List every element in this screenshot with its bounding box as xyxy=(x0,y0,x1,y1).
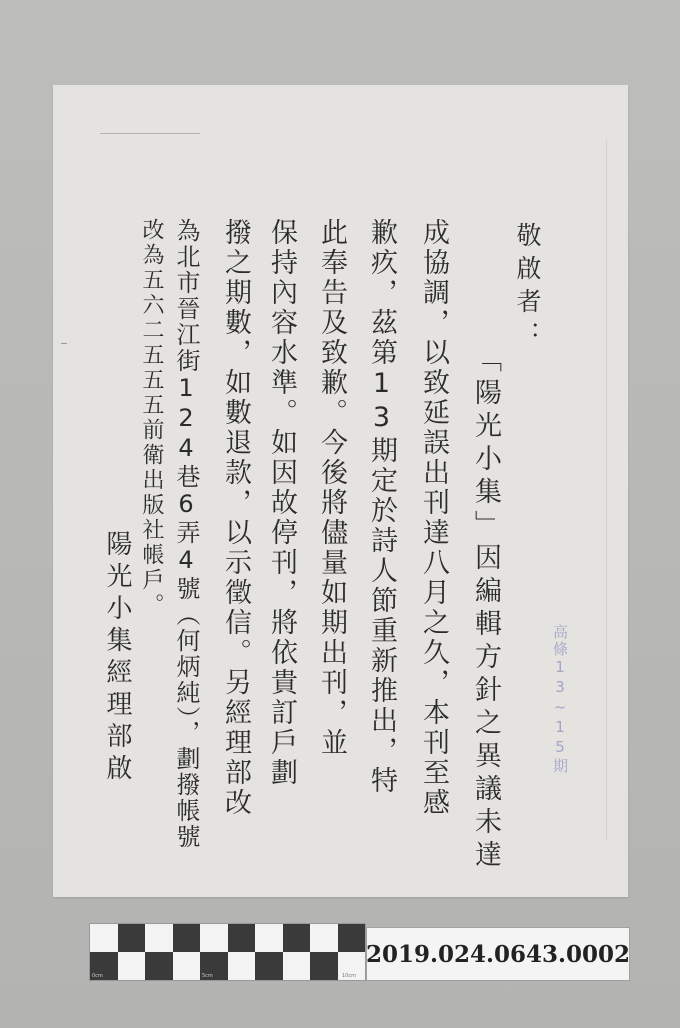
paper-fold-line xyxy=(100,133,200,134)
letter-line-7: 為北市晉江街124巷6弄4號（何炳純），劃撥帳號 xyxy=(174,218,198,850)
letter-signature: 陽光小集經理部啟 xyxy=(104,530,130,786)
scale-square xyxy=(283,924,311,952)
scale-square xyxy=(310,952,338,980)
letter-line-2: 成協調，以致延誤出刊達八月之久，本刊至感 xyxy=(420,218,447,818)
scale-label-0: 0cm xyxy=(92,973,103,979)
scale-square xyxy=(173,924,201,952)
scale-square xyxy=(90,924,118,952)
scale-square xyxy=(145,924,173,952)
letter-line-6: 撥之期數，如數退款，以示徵信。另經理部改 xyxy=(222,218,249,818)
letter-line-8: 改為五六二五五五前衛出版社帳戶。 xyxy=(140,218,162,618)
scale-square xyxy=(228,924,256,952)
letter-line-5: 保持內容水準。如因故停刊，將依貴訂戶劃 xyxy=(268,218,295,788)
accession-number-label: 2019.024.0643.0002 xyxy=(367,928,629,980)
scale-square xyxy=(228,952,256,980)
letter-salutation: 敬啟者： xyxy=(515,222,540,354)
scale-square xyxy=(255,952,283,980)
letter-line-1: 「陽光小集」因編輯方針之異議未達 xyxy=(472,345,499,873)
letter-line-4: 此奉告及致歉。今後將儘量如期出刊，並 xyxy=(318,218,345,758)
scale-label-5: 5cm xyxy=(202,973,213,979)
scale-square xyxy=(283,952,311,980)
scale-square xyxy=(145,952,173,980)
scale-square xyxy=(173,952,201,980)
scale-square xyxy=(310,924,338,952)
paper-edge-shadow xyxy=(606,140,607,840)
letter-line-3: 歉疚，茲第13期定於詩人節重新推出，特 xyxy=(368,218,395,796)
scale-square xyxy=(255,924,283,952)
pencil-annotation: 高條13~15期 xyxy=(552,624,567,775)
scale-square xyxy=(200,924,228,952)
scale-label-10: 10cm xyxy=(342,973,356,979)
scale-square xyxy=(338,924,366,952)
scale-square xyxy=(118,924,146,952)
scale-square xyxy=(118,952,146,980)
margin-mark xyxy=(61,343,67,344)
scale-checker-bar: 0cm 5cm 10cm xyxy=(90,924,365,980)
